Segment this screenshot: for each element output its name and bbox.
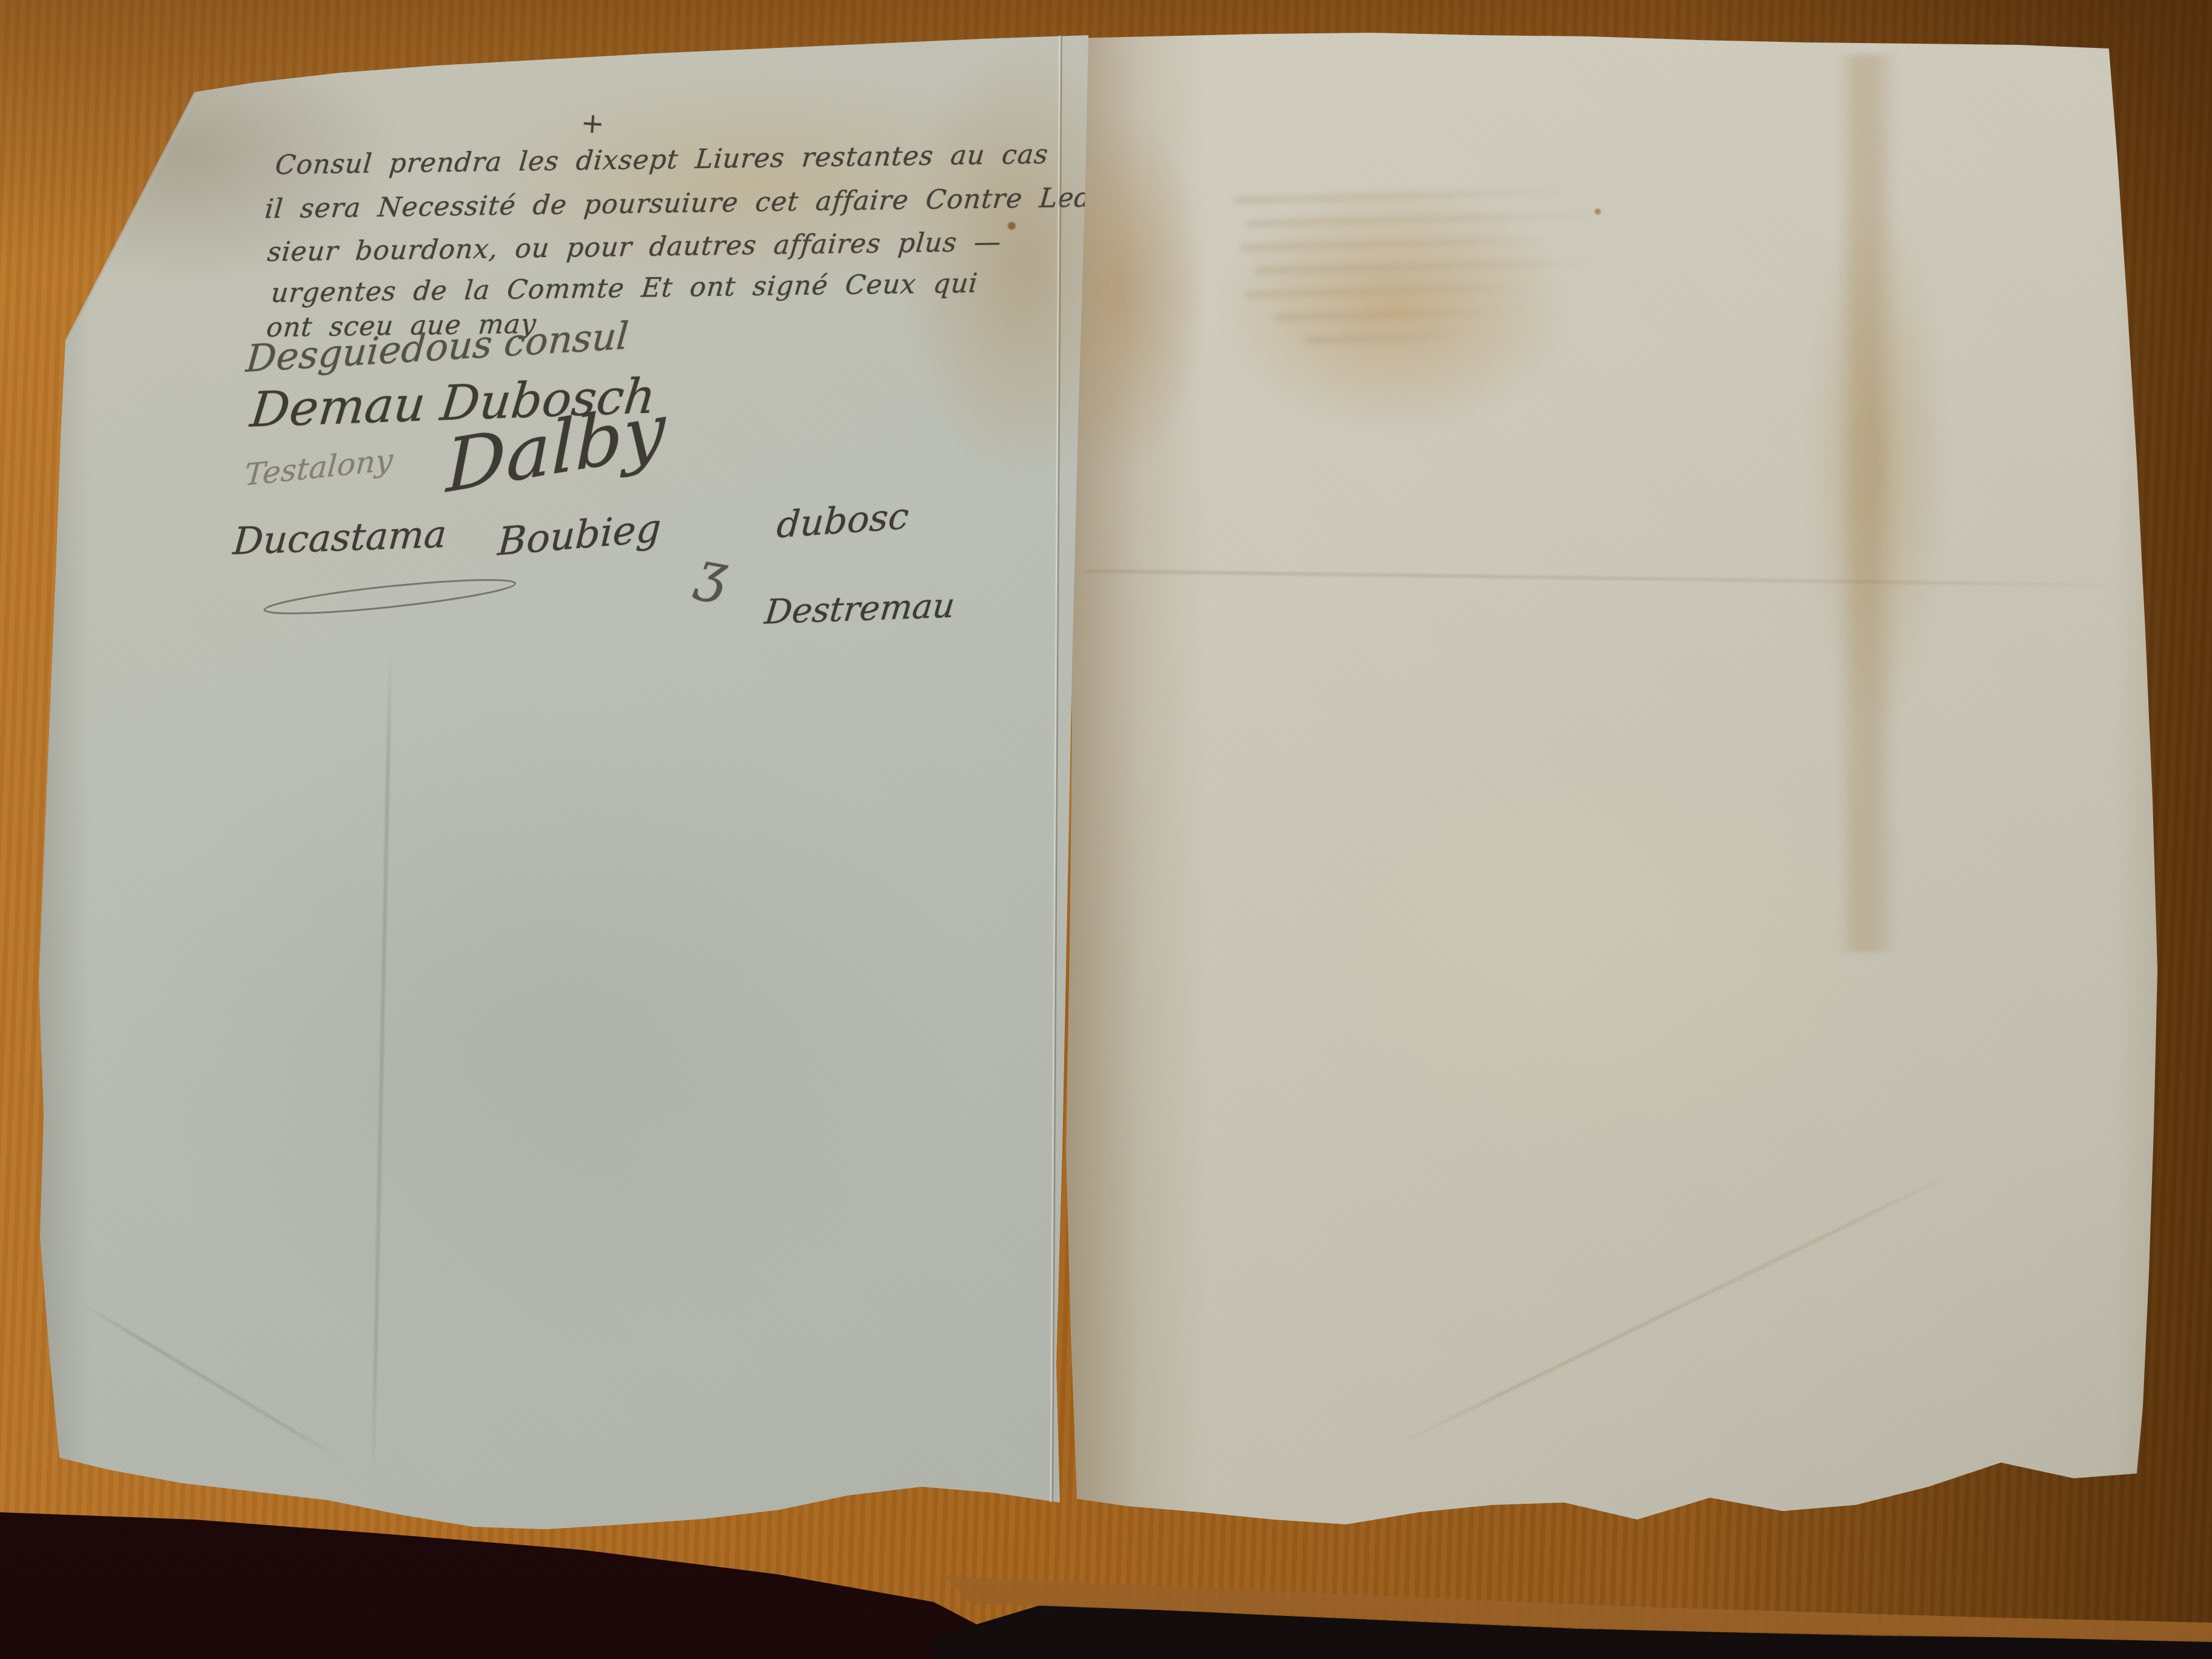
cross-mark: + [580,106,605,141]
bleedthrough-line [1304,332,1462,344]
body-line: il sera Necessité de poursuiure cet affa… [264,182,1093,224]
dog-ear-fold [63,90,197,341]
bleedthrough-line [1273,308,1504,322]
crease-horizontal [1085,570,2128,586]
body-line: Consul prendra les dixsept Liures restan… [274,139,1050,181]
ink-spot [1008,222,1016,230]
signature-boubieg: Boubieg [497,506,662,565]
bleedthrough-text [1233,171,1616,441]
signature-ducastama: Ducastama [232,512,448,563]
crease-vertical [372,643,391,1486]
paraphe-mark: ʒ [692,538,732,605]
rust-spot [1595,209,1601,215]
signature-faint: Testalony [243,443,394,493]
signature-flourish [260,577,520,620]
body-line: urgentes de la Commte Et ont signé Ceux … [270,268,979,309]
bleedthrough-line [1247,210,1610,228]
bleedthrough-line [1234,188,1574,205]
body-line: sieur bourdonx, ou pour dautres affaires… [266,227,1003,268]
photo-scene: + Consul prendra les dixsept Liures rest… [0,0,2212,1659]
bleedthrough-line [1240,235,1555,252]
signature-dubosc: dubosc [776,495,911,547]
signature-destremau: Destremau [763,586,957,632]
fold-stain-band [1837,55,1898,952]
crease-diagonal [1388,1166,1966,1449]
crease-diagonal [72,1298,343,1461]
bleedthrough-line [1245,283,1536,299]
bleedthrough-line [1254,258,1600,275]
